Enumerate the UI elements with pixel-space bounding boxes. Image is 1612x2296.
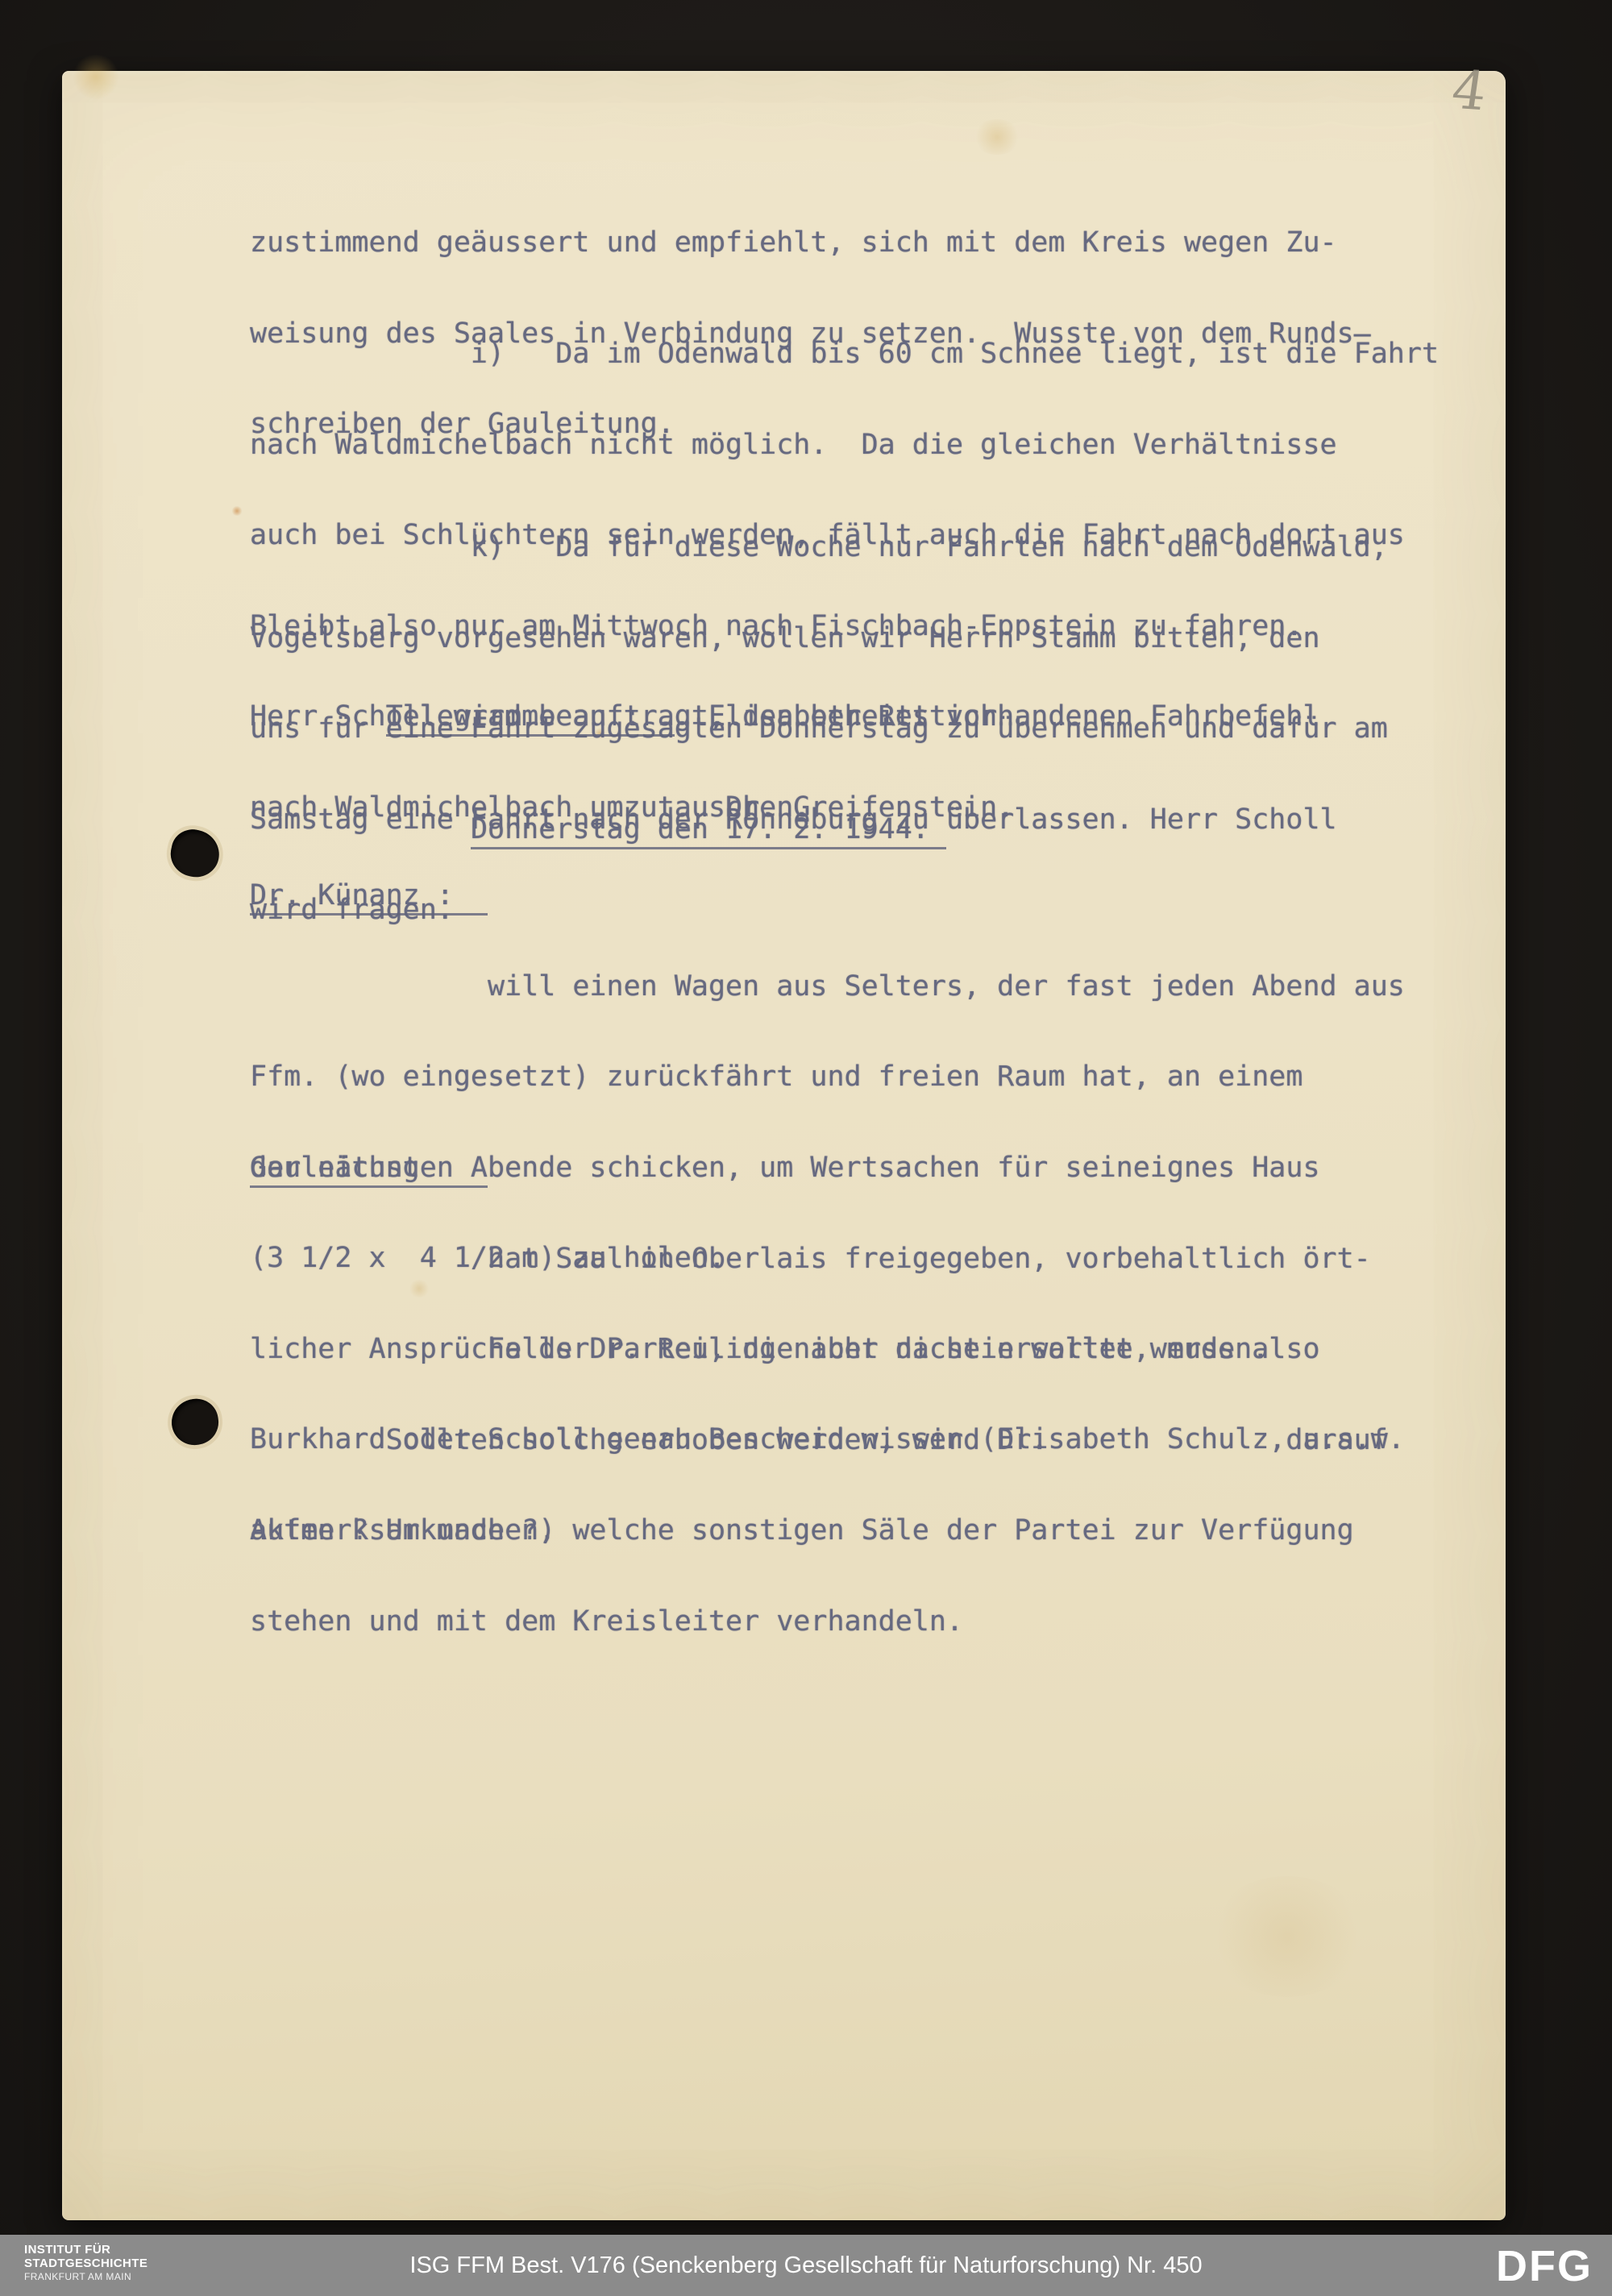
gap [675, 700, 708, 733]
typed-line: zustimmend geäussert und empfiehlt, sich… [250, 228, 1371, 259]
paragraph-gauleitung: Gauleitung hat Saal in Oberlais freigege… [250, 1093, 1388, 1697]
typed-line: i) Da im Odenwald bis 60 cm Schnee liegt… [250, 339, 1439, 370]
pencil-page-number: 4 [1448, 59, 1491, 122]
telegram-recipient: Elisabeth Rettich [708, 700, 997, 733]
paper-sheet: 4 zustimmend geäussert und empfiehlt, si… [62, 71, 1506, 2220]
archive-caption: ISG FFM Best. V176 (Senckenberg Gesellsc… [0, 2252, 1612, 2279]
kunanz-heading: Dr. Künanz : [250, 879, 488, 915]
telegram-label: Telegramme an : [386, 700, 675, 737]
paper-stain [72, 55, 120, 99]
typed-line: Sollten solche erhoben werden, wird Dr. … [250, 1426, 1388, 1456]
indent [250, 700, 386, 733]
typed-line: Dr. Künanz : [250, 881, 1405, 911]
gauleitung-heading: Gauleitung [250, 1152, 488, 1188]
typed-line: will einen Wagen aus Selters, der fast j… [250, 972, 1405, 1003]
typed-line: licher Ansprüche der Partei, die aber ni… [250, 1335, 1388, 1365]
footer-bar: INSTITUT FÜR STADTGESCHICHTE FRANKFURT A… [0, 2235, 1612, 2296]
typed-line: nach Waldmichelbach nicht möglich. Da di… [250, 430, 1439, 461]
typed-line: stehen und mit dem Kreisleiter verhandel… [250, 1607, 1388, 1638]
paper-stain [1207, 1876, 1368, 1997]
typed-line: Gauleitung [250, 1153, 1388, 1184]
archive-scan-viewer: 4 zustimmend geäussert und empfiehlt, si… [0, 0, 1612, 2296]
typed-line: Ffm. (wo eingesetzt) zurückfährt und fre… [250, 1062, 1405, 1093]
dfg-logo: DFG [1496, 2241, 1593, 2291]
typed-line: hat Saal in Oberlais freigegeben, vorbeh… [250, 1244, 1388, 1275]
paper-stain [973, 119, 1021, 155]
punch-hole-bottom [168, 1396, 221, 1448]
typed-line: Telegramme an : Elisabeth Rettich [250, 702, 1014, 733]
typed-line: aufmerksam machen, welche sonstigen Säle… [250, 1516, 1388, 1547]
paper-stain [231, 506, 243, 516]
typed-line: k) Da für diese Woche nur Fahrten nach d… [250, 533, 1388, 563]
punch-hole-top [167, 825, 224, 881]
